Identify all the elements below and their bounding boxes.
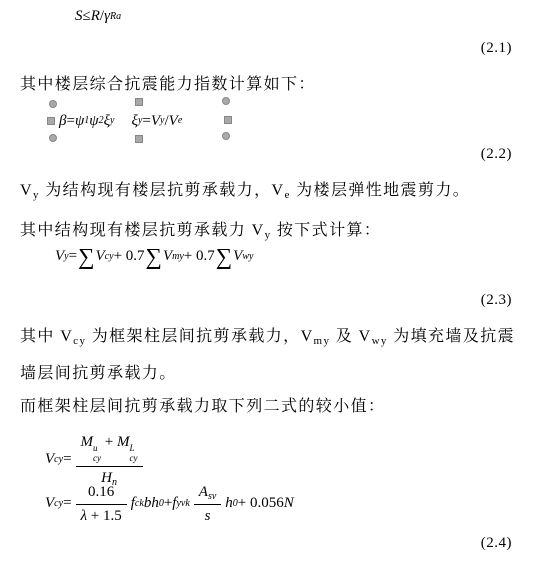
equation-number-2-3: (2.3)	[481, 292, 512, 309]
equation-number-2-2: (2.2)	[481, 146, 512, 163]
selection-handle-bottom-center[interactable]	[135, 135, 143, 143]
selection-handle-middle-left[interactable]	[47, 117, 55, 125]
selection-handle-middle-right[interactable]	[224, 116, 232, 124]
formula-2-4-line1: Vcy = Mucy + MLcyHn	[45, 432, 147, 488]
document-page: { "page": { "bg": "#ffffff", "ink": "#00…	[0, 0, 538, 562]
paragraph-index-intro: 其中楼层综合抗震能力指数计算如下：	[20, 66, 522, 103]
equation-number-2-1: (2.1)	[481, 40, 512, 57]
selection-handle-top-right[interactable]	[222, 97, 230, 105]
equation-number-2-4: (2.4)	[481, 535, 512, 552]
selection-handle-top-center[interactable]	[135, 98, 143, 106]
selection-handle-top-left[interactable]	[49, 100, 57, 108]
paragraph-vy-calculation-intro: 其中结构现有楼层抗剪承载力 Vy 按下式计算：	[20, 212, 522, 249]
formula-2-4-line2: Vcy = 0.16λ + 1.5fckbh0 + fyvkAsvsh0 + 0…	[45, 482, 294, 526]
selection-handle-bottom-left[interactable]	[49, 134, 57, 142]
paragraph-min-of-two-intro: 而框架柱层间抗剪承载力取下列二式的较小值：	[20, 388, 522, 425]
formula-2-2-beta[interactable]: β = ψ1ψ2ξy	[59, 113, 115, 130]
paragraph-vcy-vmy-vwy-definition: 其中 Vcy 为框架柱层间抗剪承载力，Vmy 及 Vwy 为填充墙及抗震墙层间抗…	[20, 318, 522, 392]
selection-handle-bottom-right[interactable]	[222, 132, 230, 140]
selected-equation-object[interactable]: β = ψ1ψ2ξy ξy = Vy / Ve	[52, 105, 226, 137]
paragraph-vy-ve-definition: Vy 为结构现有楼层抗剪承载力，Ve 为楼层弹性地震剪力。	[20, 172, 522, 209]
formula-2-2-xi[interactable]: ξy = Vy / Ve	[132, 113, 183, 130]
formula-2-1: S ≤ R / γRa	[75, 8, 121, 25]
formula-2-3: Vy = ∑Vcy + 0.7∑Vmy + 0.7∑Vwy	[55, 248, 253, 265]
